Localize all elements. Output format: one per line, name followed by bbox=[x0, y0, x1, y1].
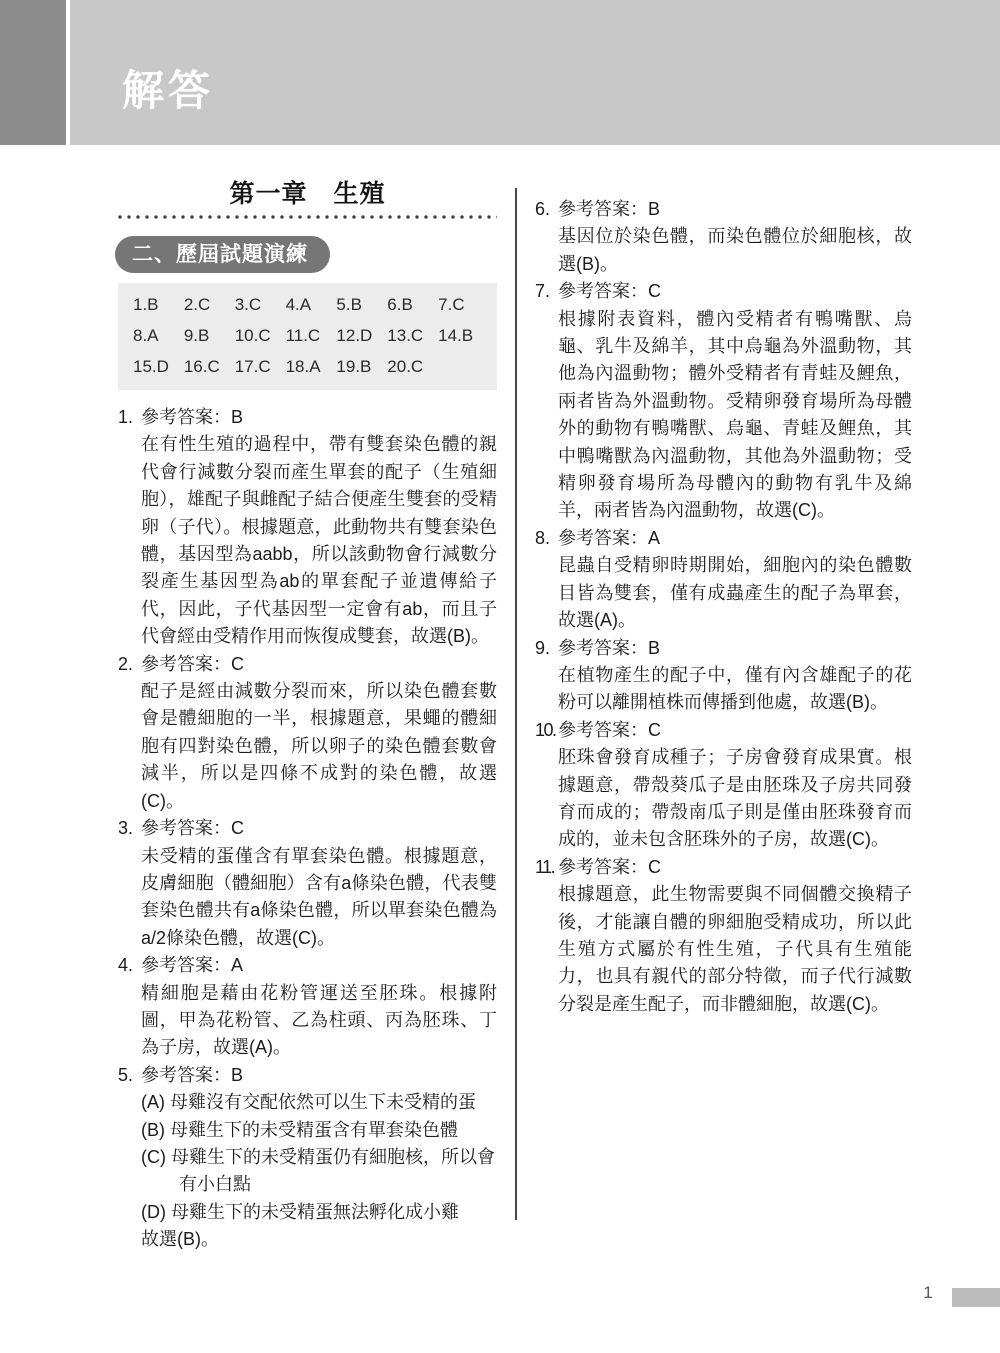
item-number: 10. bbox=[535, 717, 558, 854]
answer-cell: 12.D bbox=[336, 325, 387, 347]
answer-cell: 4.A bbox=[286, 294, 337, 316]
dotted-divider bbox=[118, 215, 497, 219]
header-light-band: 解答 bbox=[70, 0, 1000, 145]
item-answer: 參考答案：A bbox=[141, 952, 497, 979]
explanation-text: 根據附表資料，體內受精者有鴨嘴獸、烏龜、乳牛及綿羊，其中烏龜為外溫動物，其他為內… bbox=[558, 306, 912, 525]
answer-cell: 16.C bbox=[184, 356, 235, 378]
explanation-item: 4.參考答案：A精細胞是藉由花粉管運送至胚珠。根據附圖，甲為花粉管、乙為柱頭、丙… bbox=[118, 952, 497, 1062]
column-left: 第一章 生殖 二、歷屆試題演練 1.B2.C3.C4.A5.B6.B7.C8.A… bbox=[118, 180, 497, 1254]
answer-grid: 1.B2.C3.C4.A5.B6.B7.C8.A9.B10.C11.C12.D1… bbox=[118, 283, 497, 390]
item-number: 8. bbox=[535, 525, 558, 635]
item-body: 參考答案：B(A) 母雞沒有交配依然可以生下未受精的蛋(B) 母雞生下的未受精蛋… bbox=[141, 1062, 497, 1254]
answer-cell: 7.C bbox=[438, 294, 489, 316]
page: 解答 第一章 生殖 二、歷屆試題演練 1.B2.C3.C4.A5.B6.B7.C… bbox=[0, 0, 1000, 1353]
answer-cell: 3.C bbox=[235, 294, 286, 316]
item-answer: 參考答案：B bbox=[558, 196, 912, 223]
answer-cell: 6.B bbox=[387, 294, 438, 316]
explanation-text: 昆蟲自受精卵時期開始，細胞內的染色體數目皆為雙套，僅有成蟲產生的配子為單套，故選… bbox=[558, 552, 912, 634]
answer-cell: 13.C bbox=[387, 325, 438, 347]
item-body: 參考答案：B在植物產生的配子中，僅有內含雄配子的花粉可以離開植株而傳播到他處，故… bbox=[558, 635, 912, 717]
page-number: 1 bbox=[913, 1283, 943, 1303]
item-number: 7. bbox=[535, 278, 558, 525]
item-answer: 參考答案：C bbox=[558, 854, 912, 881]
explanation-item: 6.參考答案：B基因位於染色體，而染色體位於細胞核，故選(B)。 bbox=[535, 196, 912, 278]
column-right: 6.參考答案：B基因位於染色體，而染色體位於細胞核，故選(B)。7.參考答案：C… bbox=[535, 182, 912, 1018]
item-number: 9. bbox=[535, 635, 558, 717]
header-dark-block bbox=[0, 0, 66, 145]
explanation-text: 在有性生殖的過程中，帶有雙套染色體的親代會行減數分裂而產生單套的配子（生殖細胞）… bbox=[141, 431, 497, 650]
item-number: 3. bbox=[118, 815, 141, 952]
corner-bar bbox=[952, 1288, 1000, 1307]
item-body: 參考答案：C根據題意，此生物需要與不同個體交換精子後，才能讓自體的卵細胞受精成功… bbox=[558, 854, 912, 1018]
answer-cell: 11.C bbox=[286, 325, 337, 347]
item-number: 6. bbox=[535, 196, 558, 278]
explanation-item: 9.參考答案：B在植物產生的配子中，僅有內含雄配子的花粉可以離開植株而傳播到他處… bbox=[535, 635, 912, 717]
item-body: 參考答案：C根據附表資料，體內受精者有鴨嘴獸、烏龜、乳牛及綿羊，其中烏龜為外溫動… bbox=[558, 278, 912, 525]
item-body: 參考答案：C胚珠會發育成種子；子房會發育成果實。根據題意，帶殼葵瓜子是由胚珠及子… bbox=[558, 717, 912, 854]
answer-cell: 9.B bbox=[184, 325, 235, 347]
option-line: (A) 母雞沒有交配依然可以生下未受精的蛋 bbox=[141, 1089, 497, 1116]
explanation-item: 7.參考答案：C根據附表資料，體內受精者有鴨嘴獸、烏龜、乳牛及綿羊，其中烏龜為外… bbox=[535, 278, 912, 525]
item-answer: 參考答案：C bbox=[141, 651, 497, 678]
item-answer: 參考答案：B bbox=[558, 635, 912, 662]
explanation-item: 10.參考答案：C胚珠會發育成種子；子房會發育成果實。根據題意，帶殼葵瓜子是由胚… bbox=[535, 717, 912, 854]
item-body: 參考答案：C配子是經由減數分裂而來，所以染色體套數會是體細胞的一半，根據題意，果… bbox=[141, 651, 497, 815]
answer-cell: 17.C bbox=[235, 356, 286, 378]
option-line: (D) 母雞生下的未受精蛋無法孵化成小雞 bbox=[141, 1199, 497, 1226]
explanation-item: 11.參考答案：C根據題意，此生物需要與不同個體交換精子後，才能讓自體的卵細胞受… bbox=[535, 854, 912, 1018]
item-answer: 參考答案：A bbox=[558, 525, 912, 552]
item-answer: 參考答案：C bbox=[558, 278, 912, 305]
explanation-text: 根據題意，此生物需要與不同個體交換精子後，才能讓自體的卵細胞受精成功，所以此生殖… bbox=[558, 881, 912, 1018]
answer-cell: 19.B bbox=[336, 356, 387, 378]
answer-cell: 10.C bbox=[235, 325, 286, 347]
explanation-text: 精細胞是藉由花粉管運送至胚珠。根據附圖，甲為花粉管、乙為柱頭、丙為胚珠、丁為子房… bbox=[141, 980, 497, 1062]
explanation-text: 故選(B)。 bbox=[141, 1226, 497, 1253]
chapter-title: 第一章 生殖 bbox=[118, 180, 497, 208]
answer-cell: 1.B bbox=[133, 294, 184, 316]
item-body: 參考答案：B基因位於染色體，而染色體位於細胞核，故選(B)。 bbox=[558, 196, 912, 278]
column-divider bbox=[515, 188, 517, 1220]
answer-cell: 14.B bbox=[438, 325, 489, 347]
explanations-right: 6.參考答案：B基因位於染色體，而染色體位於細胞核，故選(B)。7.參考答案：C… bbox=[535, 196, 912, 1018]
item-body: 參考答案：B在有性生殖的過程中，帶有雙套染色體的親代會行減數分裂而產生單套的配子… bbox=[141, 404, 497, 651]
item-number: 2. bbox=[118, 651, 141, 815]
explanations-left: 1.參考答案：B在有性生殖的過程中，帶有雙套染色體的親代會行減數分裂而產生單套的… bbox=[118, 404, 497, 1254]
section-badge-label: 二、歷屆試題演練 bbox=[132, 243, 308, 266]
item-number: 1. bbox=[118, 404, 141, 651]
explanation-text: 胚珠會發育成種子；子房會發育成果實。根據題意，帶殼葵瓜子是由胚珠及子房共同發育而… bbox=[558, 744, 912, 854]
item-number: 4. bbox=[118, 952, 141, 1062]
option-line: (B) 母雞生下的未受精蛋含有單套染色體 bbox=[141, 1117, 497, 1144]
explanation-item: 2.參考答案：C配子是經由減數分裂而來，所以染色體套數會是體細胞的一半，根據題意… bbox=[118, 651, 497, 815]
explanation-item: 3.參考答案：C未受精的蛋僅含有單套染色體。根據題意，皮膚細胞（體細胞）含有a條… bbox=[118, 815, 497, 952]
item-body: 參考答案：A精細胞是藉由花粉管運送至胚珠。根據附圖，甲為花粉管、乙為柱頭、丙為胚… bbox=[141, 952, 497, 1062]
section-badge: 二、歷屆試題演練 bbox=[115, 236, 330, 273]
explanation-item: 5.參考答案：B(A) 母雞沒有交配依然可以生下未受精的蛋(B) 母雞生下的未受… bbox=[118, 1062, 497, 1254]
explanation-item: 1.參考答案：B在有性生殖的過程中，帶有雙套染色體的親代會行減數分裂而產生單套的… bbox=[118, 404, 497, 651]
answer-cell: 8.A bbox=[133, 325, 184, 347]
explanation-text: 未受精的蛋僅含有單套染色體。根據題意，皮膚細胞（體細胞）含有a條染色體，代表雙套… bbox=[141, 843, 497, 953]
answer-cell: 2.C bbox=[184, 294, 235, 316]
answer-cell: 15.D bbox=[133, 356, 184, 378]
explanation-text: 配子是經由減數分裂而來，所以染色體套數會是體細胞的一半，根據題意，果蠅的體細胞有… bbox=[141, 678, 497, 815]
answer-cell: 5.B bbox=[336, 294, 387, 316]
item-answer: 參考答案：B bbox=[141, 1062, 497, 1089]
item-answer: 參考答案：B bbox=[141, 404, 497, 431]
explanation-text: 基因位於染色體，而染色體位於細胞核，故選(B)。 bbox=[558, 223, 912, 278]
item-answer: 參考答案：C bbox=[141, 815, 497, 842]
answer-cell: 20.C bbox=[387, 356, 438, 378]
item-body: 參考答案：C未受精的蛋僅含有單套染色體。根據題意，皮膚細胞（體細胞）含有a條染色… bbox=[141, 815, 497, 952]
page-title: 解答 bbox=[122, 70, 214, 112]
explanation-text: 在植物產生的配子中，僅有內含雄配子的花粉可以離開植株而傳播到他處，故選(B)。 bbox=[558, 662, 912, 717]
option-line: (C) 母雞生下的未受精蛋仍有細胞核，所以會有小白點 bbox=[141, 1144, 497, 1199]
item-body: 參考答案：A昆蟲自受精卵時期開始，細胞內的染色體數目皆為雙套，僅有成蟲產生的配子… bbox=[558, 525, 912, 635]
item-number: 5. bbox=[118, 1062, 141, 1254]
item-answer: 參考答案：C bbox=[558, 717, 912, 744]
answer-cell: 18.A bbox=[286, 356, 337, 378]
explanation-item: 8.參考答案：A昆蟲自受精卵時期開始，細胞內的染色體數目皆為雙套，僅有成蟲產生的… bbox=[535, 525, 912, 635]
item-number: 11. bbox=[535, 854, 558, 1018]
